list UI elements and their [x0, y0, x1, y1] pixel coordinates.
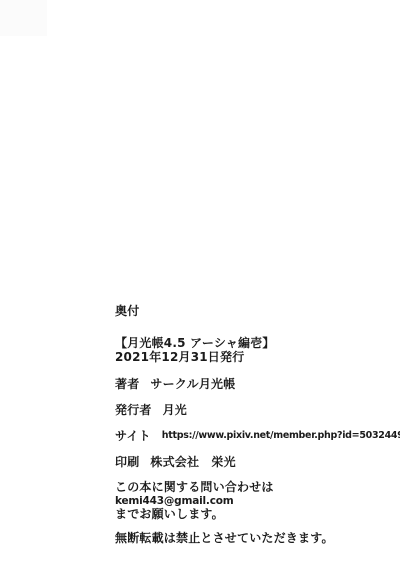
book-title: 【月光帳4.5 アーシャ編壱】: [115, 336, 393, 350]
author-label: 著者: [115, 377, 139, 391]
publisher-line: 発行者 月光: [115, 403, 393, 417]
contact-block: この本に関する問い合わせは kemi443@gmail.com までお願いします…: [115, 481, 393, 522]
colophon-page: 奥付 【月光帳4.5 アーシャ編壱】 2021年12月31日発行 著者 サークル…: [0, 0, 400, 586]
publish-date: 2021年12月31日発行: [115, 350, 393, 364]
colophon-block: 奥付 【月光帳4.5 アーシャ編壱】 2021年12月31日発行 著者 サークル…: [115, 304, 393, 545]
printer-line: 印刷 株式会社 栄光: [115, 455, 393, 469]
site-url: https://www.pixiv.net/member.php?id=5032…: [162, 429, 400, 443]
site-label: サイト: [115, 429, 151, 443]
author-line: 著者 サークル月光帳: [115, 377, 393, 391]
publisher-value: 月光: [163, 403, 187, 417]
scan-artifact: [0, 0, 47, 36]
printer-label: 印刷: [115, 455, 139, 469]
contact-line2: までお願いします。: [115, 508, 393, 522]
reprint-notice: 無断転載は禁止とさせていただきます。: [115, 531, 393, 545]
title-group: 【月光帳4.5 アーシャ編壱】 2021年12月31日発行: [115, 336, 393, 364]
site-line: サイト https://www.pixiv.net/member.php?id=…: [115, 429, 393, 443]
contact-line1: この本に関する問い合わせは: [115, 481, 393, 495]
publisher-label: 発行者: [115, 403, 152, 417]
section-title: 奥付: [115, 304, 393, 318]
printer-value: 株式会社 栄光: [150, 455, 235, 469]
contact-email: kemi443@gmail.com: [115, 495, 393, 509]
author-value: サークル月光帳: [150, 377, 235, 391]
